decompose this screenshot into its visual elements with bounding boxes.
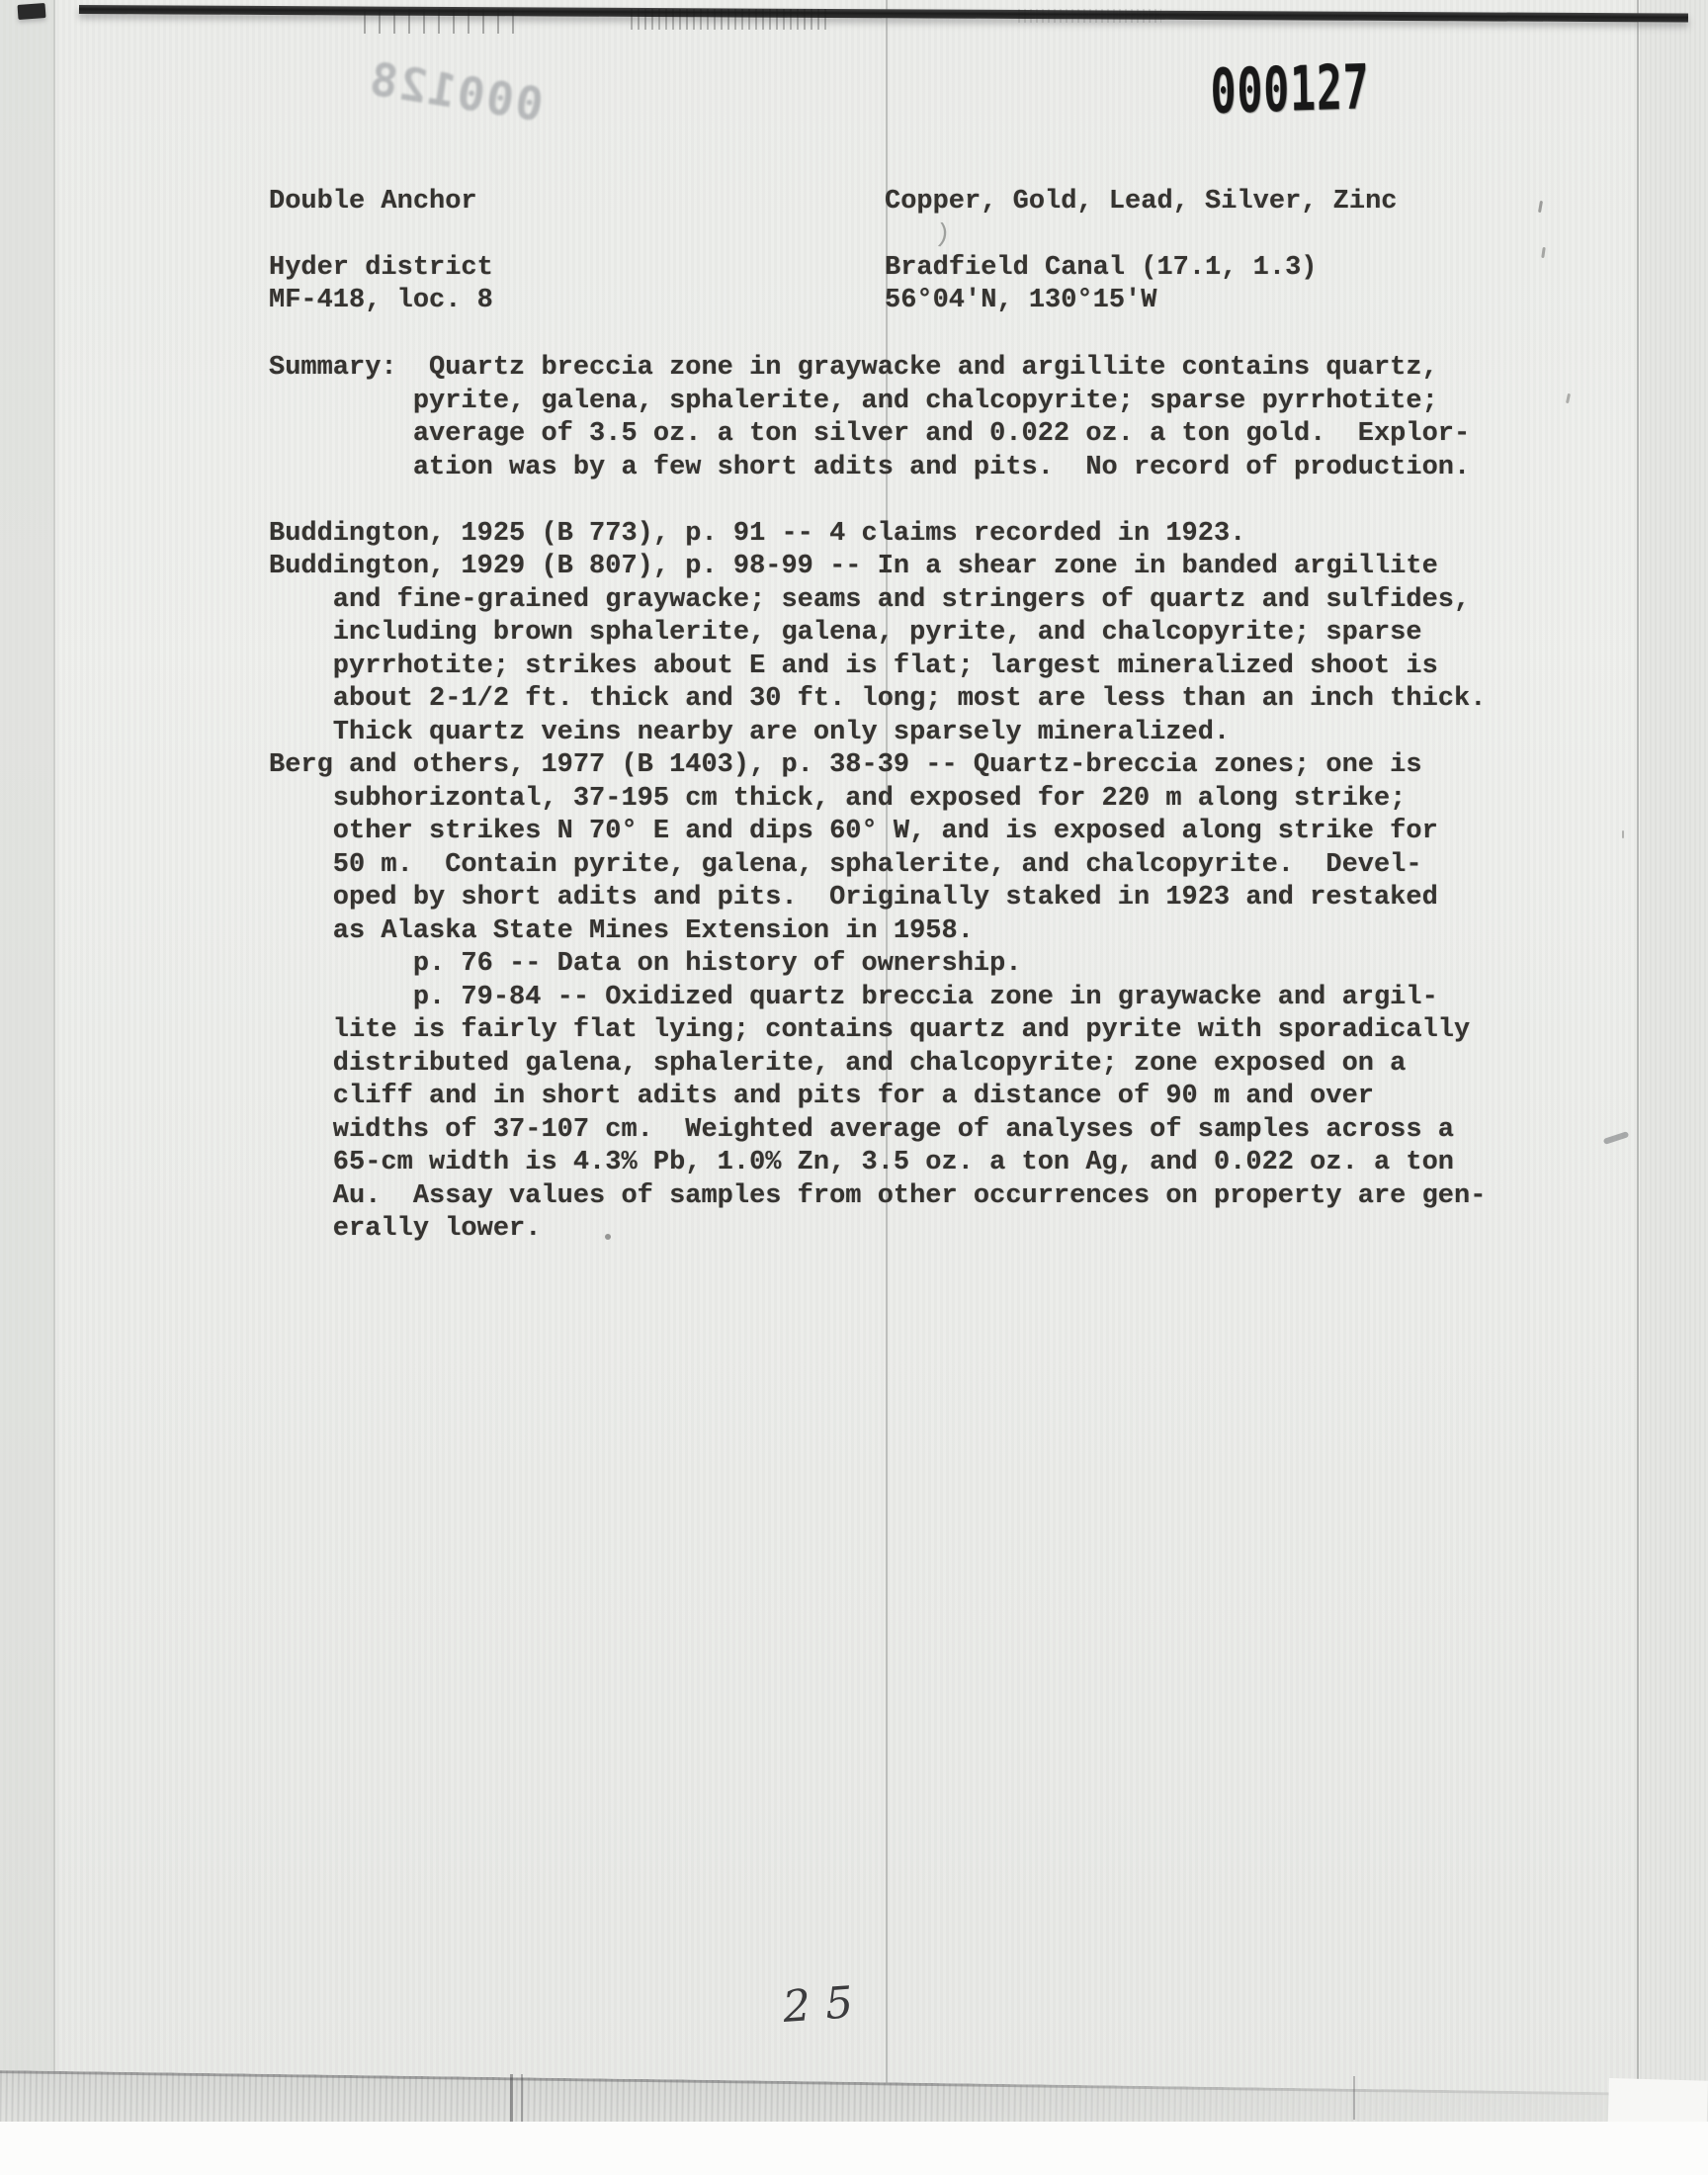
handwritten-page-number: 25 xyxy=(781,1976,869,2033)
scan-streak-bottom xyxy=(1353,2076,1355,2120)
commodities-list: Copper, Gold, Lead, Silver, Zinc xyxy=(885,186,1397,219)
serial-number-stamp: 000127 xyxy=(1210,50,1370,128)
scan-bottom-margin xyxy=(0,2122,1708,2175)
scan-right-margin xyxy=(1640,0,1708,2091)
scan-streak-bottom xyxy=(521,2074,523,2122)
page-left-edge xyxy=(53,0,55,2076)
coordinates: 56°04'N, 130°15'W xyxy=(885,285,1156,318)
map-location-ref: MF-418, loc. 8 xyxy=(269,285,493,318)
ink-speck xyxy=(1622,830,1624,838)
page-right-edge xyxy=(1637,0,1639,2088)
scan-left-margin xyxy=(0,0,53,2096)
ink-dot xyxy=(605,1234,611,1240)
scanned-document-page: { "stamps": { "serial_number": "000127",… xyxy=(0,0,1708,2175)
record-body-text: Summary: Quartz breccia zone in graywack… xyxy=(269,352,1486,1247)
district-name: Hyder district xyxy=(269,252,493,286)
scan-streaks-center xyxy=(631,9,826,30)
site-name: Double Anchor xyxy=(269,186,477,219)
scan-blob-top-left xyxy=(18,3,46,20)
stray-typed-mark: ) xyxy=(933,218,952,249)
scan-streak-bottom xyxy=(510,2074,513,2122)
scan-streaks-left xyxy=(364,9,527,34)
quadrangle-ref: Bradfield Canal (17.1, 1.3) xyxy=(885,252,1317,286)
scan-streaks-right xyxy=(1018,9,1161,23)
